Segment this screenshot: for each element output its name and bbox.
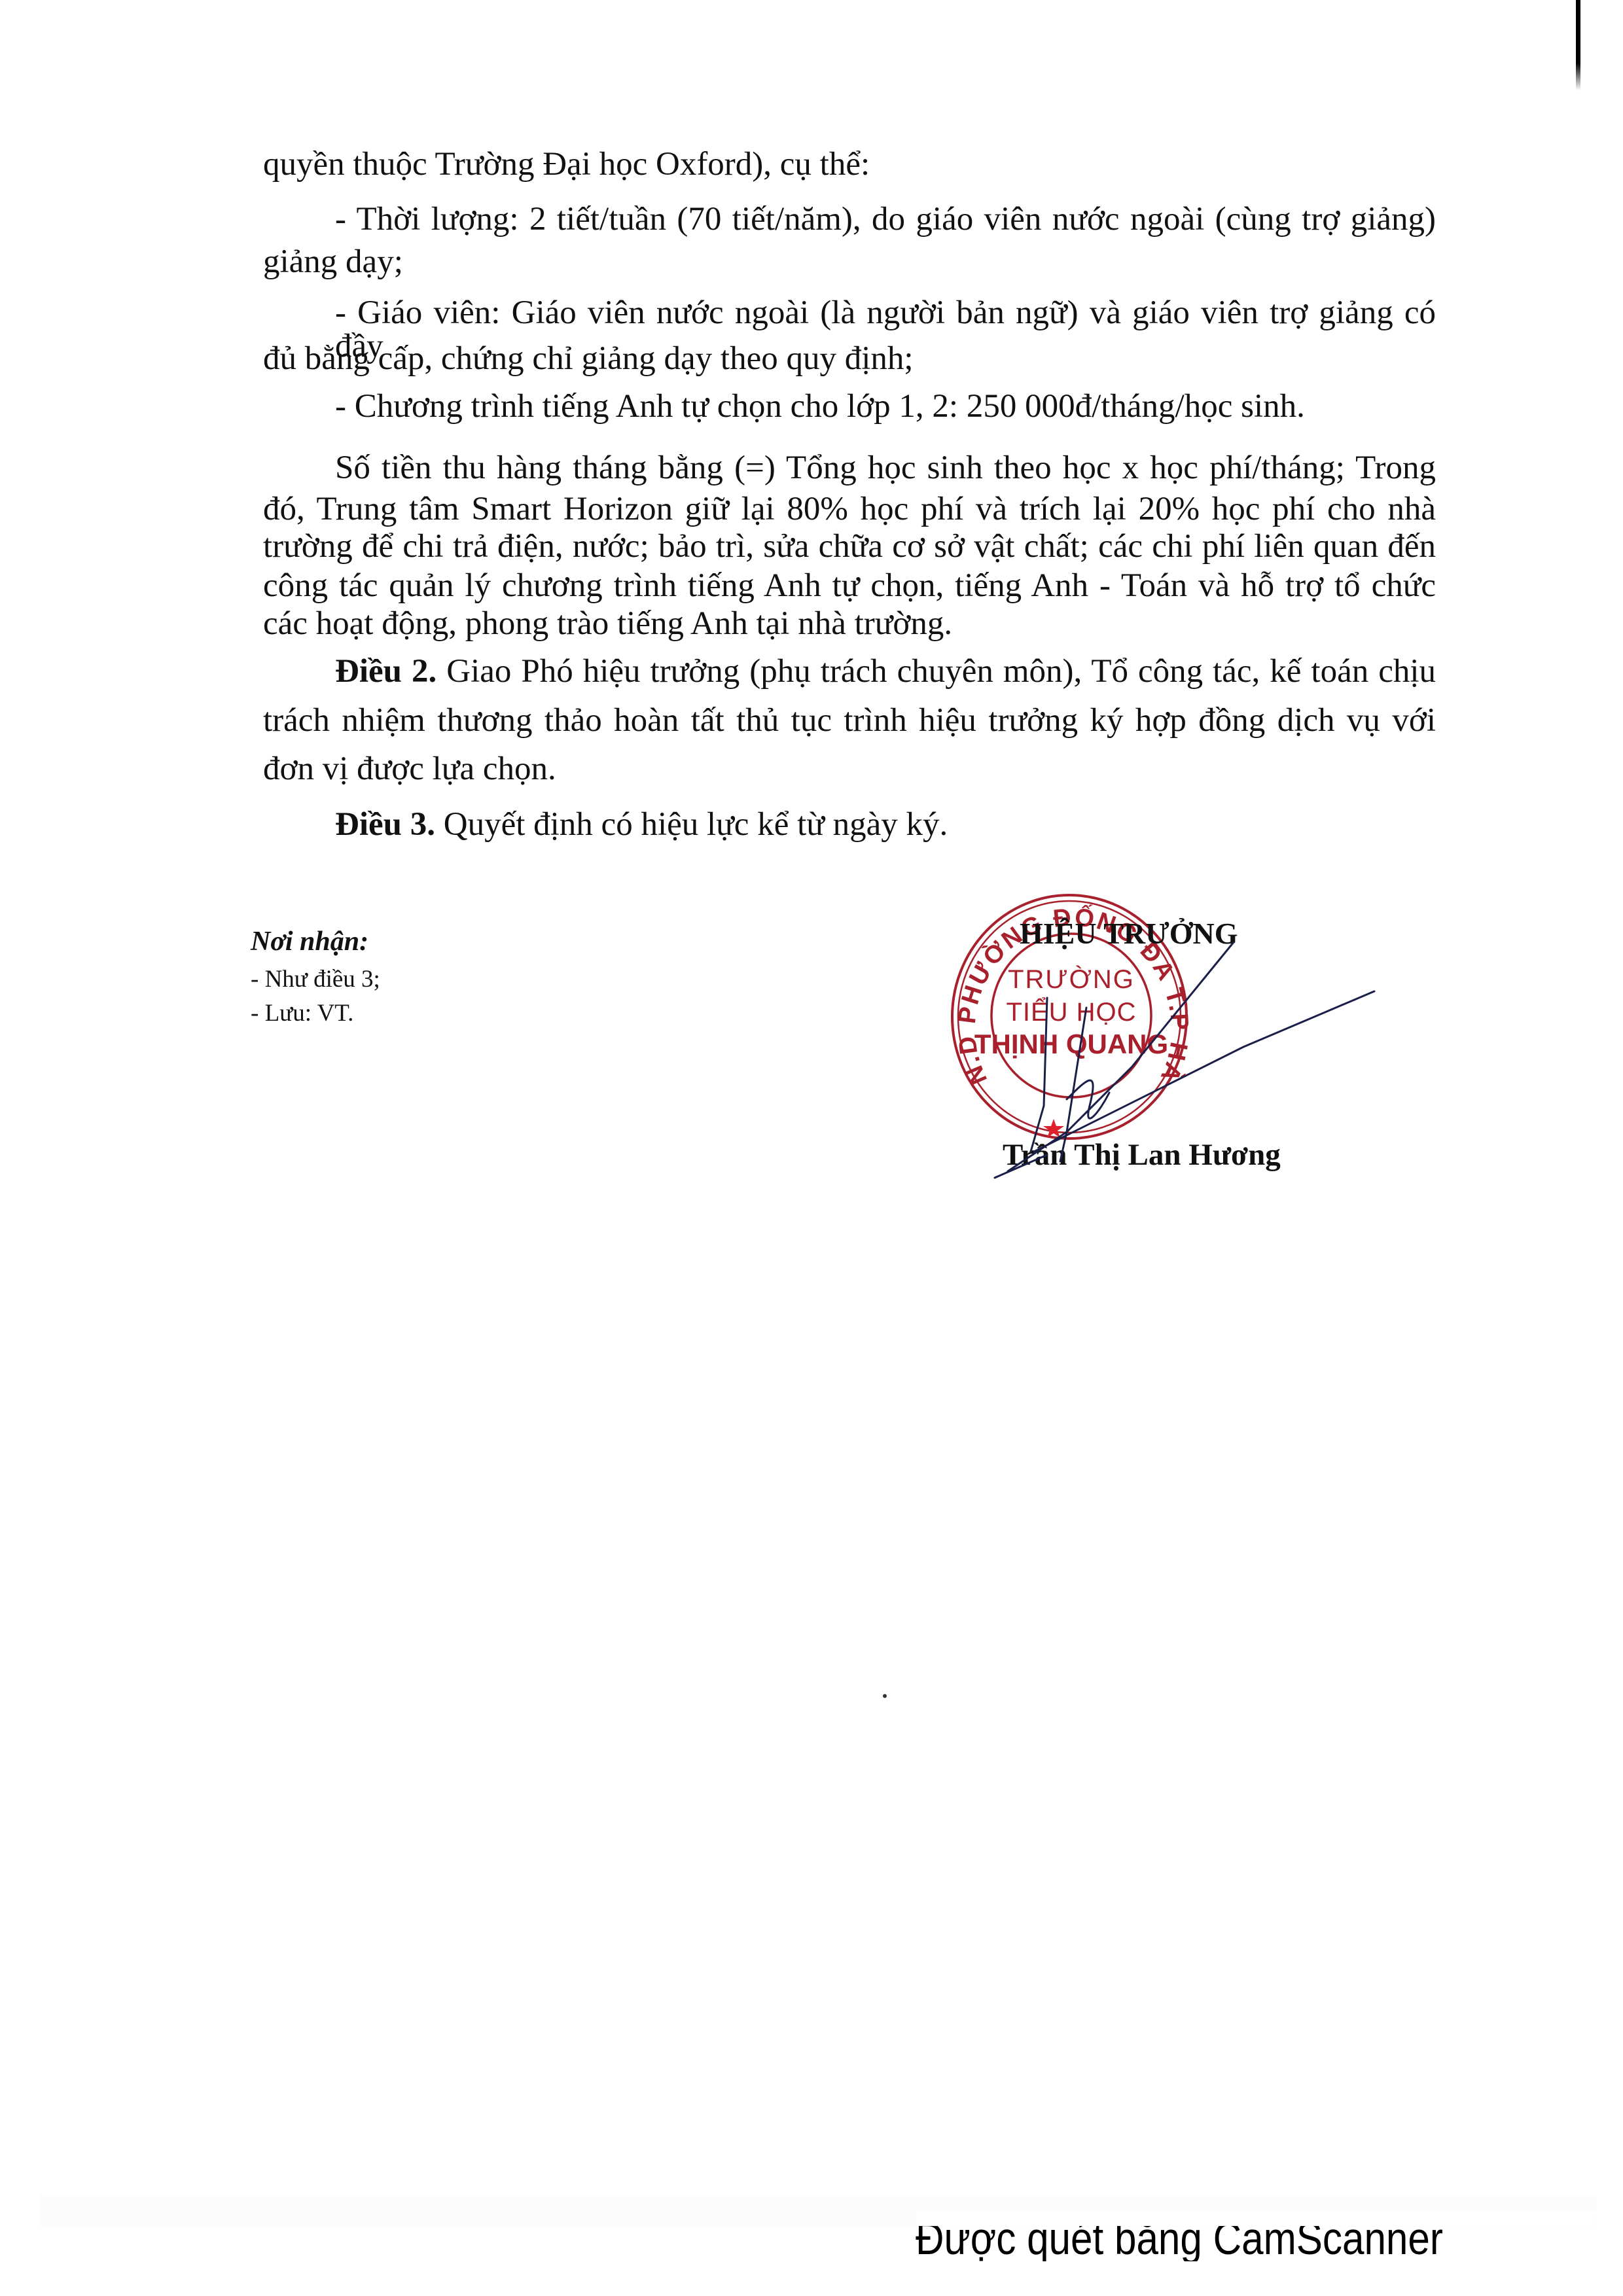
- body-line: các hoạt động, phong trào tiếng Anh tại …: [263, 607, 1436, 641]
- recipients-title: Nơi nhận:: [251, 928, 368, 955]
- body-line: - Chương trình tiếng Anh tự chọn cho lớp…: [263, 390, 1436, 423]
- article-2-line: đơn vị được lựa chọn.: [263, 752, 1436, 786]
- watermark-clip: [916, 2212, 1596, 2226]
- scan-edge-line: [1576, 0, 1580, 90]
- body-line: trường để chi trả điện, nước; bảo trì, s…: [263, 530, 1436, 563]
- body-line: đó, Trung tâm Smart Horizon giữ lại 80% …: [263, 493, 1436, 526]
- article-2-line: Điều 2. Giao Phó hiệu trưởng (phụ trách …: [263, 655, 1436, 688]
- article-2-line: trách nhiệm thương thảo hoàn tất thủ tục…: [263, 704, 1436, 737]
- scan-speck: [883, 1694, 887, 1698]
- body-line: Số tiền thu hàng tháng bằng (=) Tổng học…: [263, 451, 1436, 485]
- body-line: - Thời lượng: 2 tiết/tuần (70 tiết/năm),…: [263, 203, 1436, 236]
- article-3-label: Điều 3.: [335, 806, 435, 843]
- article-3-line: Điều 3. Quyết định có hiệu lực kể từ ngà…: [263, 808, 1436, 841]
- body-line: quyền thuộc Trường Đại học Oxford), cụ t…: [263, 148, 1436, 181]
- handwritten-signature: [969, 936, 1427, 1184]
- recipient-item: - Lưu: VT.: [251, 1001, 353, 1025]
- body-line: giảng dạy;: [263, 245, 1436, 279]
- body-line: đủ bằng cấp, chứng chỉ giảng dạy theo qu…: [263, 342, 1436, 376]
- body-line: công tác quản lý chương trình tiếng Anh …: [263, 569, 1436, 603]
- article-2-label: Điều 2.: [335, 653, 437, 690]
- recipient-item: - Như điều 3;: [251, 967, 380, 991]
